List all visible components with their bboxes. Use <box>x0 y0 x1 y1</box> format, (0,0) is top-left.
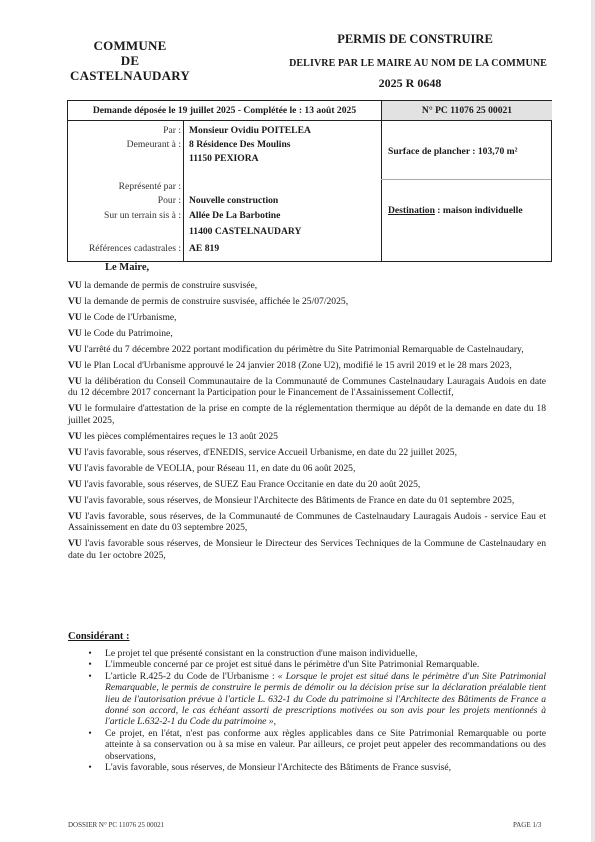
vu-text: la demande de permis de construire susvi… <box>82 280 257 291</box>
vu-item: VU l'avis favorable de VEOLIA, pour Rése… <box>68 463 546 474</box>
bullet-icon: • <box>85 671 95 682</box>
commune-line: CASTELNAUDARY <box>60 68 200 83</box>
bullet-icon: • <box>85 762 95 773</box>
info-label: Pour : <box>68 194 181 208</box>
bullet-icon: • <box>85 648 95 659</box>
vu-list: VU la demande de permis de construire su… <box>68 280 546 566</box>
page-number: PAGE 1/3 <box>513 821 541 829</box>
considerant-heading: Considérant : <box>68 631 130 642</box>
vu-item: VU la demande de permis de construire su… <box>68 296 546 307</box>
commune-line: DE <box>60 53 200 68</box>
vu-prefix: VU <box>68 280 82 291</box>
bullet-icon: • <box>85 728 95 739</box>
vu-text: les pièces complémentaires reçues le 13 … <box>82 431 278 442</box>
vu-item: VU le Code de l'Urbanisme, <box>68 312 546 323</box>
vu-prefix: VU <box>68 312 82 323</box>
considerant-text: L'avis favorable, sous réserves, de Mons… <box>105 762 451 773</box>
vu-prefix: VU <box>68 360 82 371</box>
vu-text: le Code du Patrimoine, <box>82 328 173 339</box>
vu-prefix: VU <box>68 296 82 307</box>
vu-text: le Code de l'Urbanisme, <box>82 312 177 323</box>
info-value: AE 819 <box>189 242 379 256</box>
vu-text: l'avis favorable sous réserves, de Monsi… <box>68 538 546 560</box>
considerant-item: •L'article R.425-2 du Code de l'Urbanism… <box>85 671 546 728</box>
info-value: 11400 CASTELNAUDARY <box>189 225 379 239</box>
info-box-header: Demande déposée le 19 juillet 2025 - Com… <box>68 101 551 121</box>
application-info-box: Demande déposée le 19 juillet 2025 - Com… <box>67 100 552 262</box>
vu-item: VU l'avis favorable sous réserves, de Mo… <box>68 538 546 561</box>
bullet-icon: • <box>85 659 95 670</box>
info-label: Par : <box>68 124 181 138</box>
vu-item: VU le formulaire d'attestation de la pri… <box>68 403 546 426</box>
vu-item: VU le Plan Local d'Urbanisme approuvé le… <box>68 360 546 371</box>
vu-text: le formulaire d'attestation de la prise … <box>68 403 546 425</box>
vu-text: le Plan Local d'Urbanisme approuvé le 24… <box>82 360 512 371</box>
vu-prefix: VU <box>68 511 82 522</box>
considerant-item: •Ce projet, en l'état, n'est pas conform… <box>85 728 546 762</box>
floor-area: Surface de plancher : 103,70 m² <box>388 146 518 157</box>
considerant-text: Ce projet, en l'état, n'est pas conforme… <box>105 728 546 762</box>
info-label: Sur un terrain sis à : <box>68 209 181 223</box>
vu-item: VU l'avis favorable, sous réserves, d'EN… <box>68 447 546 458</box>
considerant-text: L'immeuble concerné par ce projet est si… <box>105 659 479 670</box>
commune-line: COMMUNE <box>60 38 200 53</box>
document-title: PERMIS DE CONSTRUIRE <box>300 32 530 47</box>
vu-item: VU l'avis favorable, sous réserves, de M… <box>68 495 546 506</box>
page-edge <box>591 0 595 842</box>
document-subtitle: DELIVRE PAR LE MAIRE AU NOM DE LA COMMUN… <box>248 58 588 69</box>
vu-item: VU le Code du Patrimoine, <box>68 328 546 339</box>
vu-text: la demande de permis de construire susvi… <box>82 296 348 307</box>
row-divider <box>381 179 551 180</box>
info-label: Références cadastrales : <box>68 242 181 256</box>
vu-text: l'arrêté du 7 décembre 2022 portant modi… <box>82 344 524 355</box>
vu-text: la délibération du Conseil Communautaire… <box>68 376 546 398</box>
info-label: Demeurant à : <box>68 138 181 152</box>
info-value: Allée De La Barbotine <box>189 209 379 223</box>
vu-prefix: VU <box>68 403 82 414</box>
vu-prefix: VU <box>68 538 82 549</box>
considerant-text: L'article R.425-2 du Code de l'Urbanisme… <box>105 671 278 682</box>
vu-prefix: VU <box>68 479 82 490</box>
vu-item: VU l'avis favorable, sous réserves, de S… <box>68 479 546 490</box>
vu-item: VU l'arrêté du 7 décembre 2022 portant m… <box>68 344 546 355</box>
dossier-number: DOSSIER N° PC 11076 25 00021 <box>68 821 164 829</box>
column-divider <box>183 121 184 261</box>
info-label: Représenté par : <box>68 180 181 194</box>
pc-number: N° PC 11076 25 00021 <box>381 101 552 120</box>
vu-prefix: VU <box>68 376 82 387</box>
vu-item: VU la délibération du Conseil Communauta… <box>68 376 546 399</box>
destination-value: : maison individuelle <box>435 205 523 216</box>
commune-name: COMMUNE DE CASTELNAUDARY <box>60 38 200 83</box>
vu-prefix: VU <box>68 328 82 339</box>
vu-item: VU les pièces complémentaires reçues le … <box>68 431 546 442</box>
permit-number: 2025 R 0648 <box>340 76 480 91</box>
vu-prefix: VU <box>68 463 82 474</box>
vu-text: l'avis favorable, sous réserves, de la C… <box>68 511 546 533</box>
vu-item: VU l'avis favorable, sous réserves, de l… <box>68 511 546 534</box>
vu-text: l'avis favorable, sous réserves, d'ENEDI… <box>82 447 457 458</box>
application-dates: Demande déposée le 19 juillet 2025 - Com… <box>68 101 381 120</box>
info-value: Monsieur Ovidiu POITELEA <box>189 124 379 138</box>
vu-item: VU la demande de permis de construire su… <box>68 280 546 291</box>
info-value: 11150 PEXIORA <box>189 152 379 166</box>
vu-text: l'avis favorable, sous réserves, de SUEZ… <box>82 479 420 490</box>
destination-label: Destination <box>388 205 435 216</box>
vu-prefix: VU <box>68 447 82 458</box>
column-divider <box>381 121 382 261</box>
considerant-item: •L'avis favorable, sous réserves, de Mon… <box>85 762 546 773</box>
vu-text: l'avis favorable, sous réserves, de Mons… <box>82 495 514 506</box>
destination: Destination : maison individuelle <box>388 205 523 216</box>
considerant-list: •Le projet tel que présenté consistant e… <box>85 648 546 773</box>
considerant-item: •Le projet tel que présenté consistant e… <box>85 648 546 659</box>
le-maire-heading: Le Maire, <box>105 262 149 273</box>
vu-prefix: VU <box>68 495 82 506</box>
info-value: 8 Résidence Des Moulins <box>189 138 379 152</box>
considerant-text: Le projet tel que présenté consistant en… <box>105 648 417 659</box>
vu-prefix: VU <box>68 431 82 442</box>
considerant-item: •L'immeuble concerné par ce projet est s… <box>85 659 546 670</box>
vu-text: l'avis favorable de VEOLIA, pour Réseau … <box>82 463 355 474</box>
info-value: Nouvelle construction <box>189 194 379 208</box>
vu-prefix: VU <box>68 344 82 355</box>
